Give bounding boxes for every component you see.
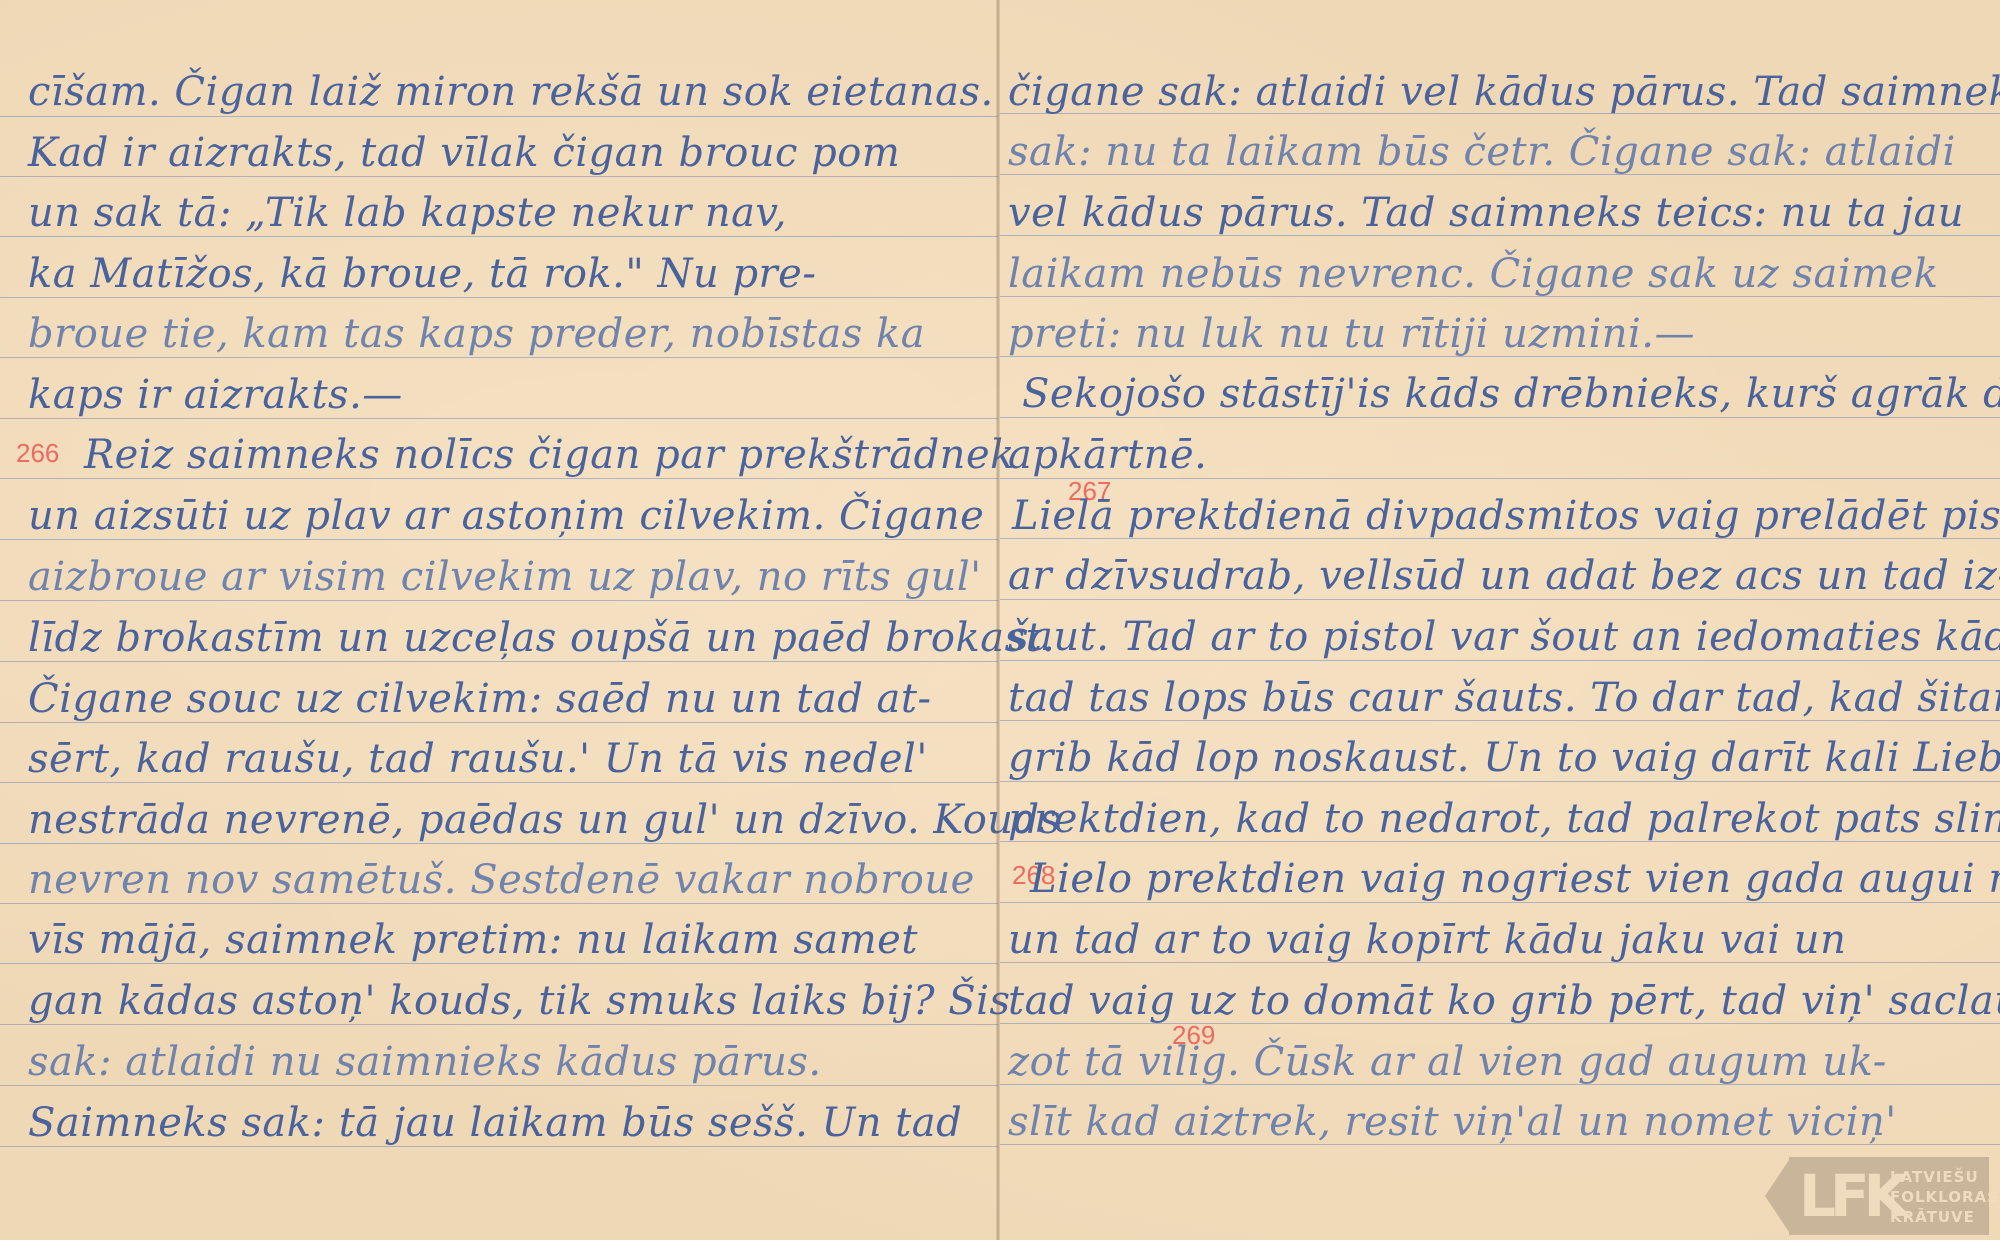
handwritten-line: Kad ir aizrakts, tad vīlak čigan brouc p… xyxy=(28,131,900,175)
handwritten-line: laikam nebūs nevrenc. Čigane sak uz saim… xyxy=(1008,252,1939,296)
ruling-line xyxy=(0,903,998,904)
notebook-spread: cīšam. Čigan laiž miron rekšā un sok eie… xyxy=(0,0,2000,1240)
handwritten-line: ar dzīvsudrab, vellsūd un adat bez acs u… xyxy=(1008,554,2000,598)
handwritten-line: tad tas lops būs caur šauts. To dar tad,… xyxy=(1008,676,2000,720)
ruling-line xyxy=(0,478,998,479)
handwritten-line: aizbroue ar visim cilvekim uz plav, no r… xyxy=(28,555,982,599)
handwritten-line: Saimneks sak: tā jau laikam būs sešš. Un… xyxy=(28,1101,962,1145)
handwritten-line: slīt kad aiztrek, resit viņ'al un nomet … xyxy=(1008,1100,1897,1144)
ruling-line xyxy=(0,722,998,723)
handwritten-line: sak: atlaidi nu saimnieks kādus pārus. xyxy=(28,1040,822,1084)
handwritten-line: un aizsūti uz plav ar astoņim cilvekim. … xyxy=(28,494,984,538)
logo-text-line: FOLKLORAS xyxy=(1890,1187,1999,1207)
handwritten-line: šaut. Tad ar to pistol var šout an iedom… xyxy=(1008,615,2000,659)
ruling-line xyxy=(1000,599,2000,600)
handwritten-line: Lielā prektdienā divpadsmitos vaig prelā… xyxy=(1012,494,2000,538)
ruling-line xyxy=(0,297,998,298)
ruling-line xyxy=(0,418,998,419)
chevron-left-logo-icon xyxy=(1765,1157,1791,1235)
ruling-line xyxy=(1000,902,2000,903)
handwritten-line: Lielo prektdien vaig nogriest vien gada … xyxy=(1030,857,2000,901)
ruling-line xyxy=(1000,660,2000,661)
ruling-line xyxy=(1000,781,2000,782)
ruling-line xyxy=(0,1146,998,1147)
handwritten-line: cīšam. Čigan laiž miron rekšā un sok eie… xyxy=(28,70,994,114)
handwritten-line: vīs mājā, saimnek pretim: nu laikam same… xyxy=(28,918,918,962)
ruling-line xyxy=(0,176,998,177)
ruling-line xyxy=(0,661,998,662)
logo-text: LATVIEŠU FOLKLORAS KRĀTUVE xyxy=(1890,1167,1999,1227)
handwritten-line: broue tie, kam tas kaps preder, nobīstas… xyxy=(28,312,925,356)
handwritten-line: vel kādus pārus. Tad saimneks teics: nu … xyxy=(1008,191,1964,235)
handwritten-line: kaps ir aizrakts.— xyxy=(28,373,403,417)
handwritten-line: Sekojošo stāstīj'is kāds drēbnieks, kurš… xyxy=(1022,372,2000,416)
ruling-line xyxy=(1000,478,2000,479)
logo-text-line: KRĀTUVE xyxy=(1890,1207,1999,1227)
ruling-line xyxy=(0,236,998,237)
handwritten-line: un sak tā: „Tik lab kapste nekur nav, xyxy=(28,191,787,235)
ruling-line xyxy=(0,782,998,783)
ruling-line xyxy=(0,1085,998,1086)
ruling-line xyxy=(0,1024,998,1025)
handwritten-line: un tad ar to vaig kopīrt kādu jaku vai u… xyxy=(1008,918,1846,962)
record-number: 266 xyxy=(16,440,59,466)
handwritten-line: līdz brokastīm un uzceļas oupšā un paēd … xyxy=(28,616,1055,660)
handwritten-line: sak: nu ta laikam būs četr. Čigane sak: … xyxy=(1008,130,1956,174)
handwritten-line: nestrāda nevrenē, paēdas un gul' un dzīv… xyxy=(28,798,1061,842)
handwritten-line: čigane sak: atlaidi vel kādus pārus. Tad… xyxy=(1008,70,2000,114)
handwritten-line: apkārtnē. xyxy=(1008,433,1207,477)
right-page: čigane sak: atlaidi vel kādus pārus. Tad… xyxy=(1000,0,2000,1240)
handwritten-line: preti: nu luk nu tu rītiji uzmini.— xyxy=(1008,312,1695,356)
handwritten-line: Čigane souc uz cilvekim: saēd nu un tad … xyxy=(28,677,931,721)
folklore-archive-watermark: LFK LATVIEŠU FOLKLORAS KRĀTUVE xyxy=(1765,1157,1997,1235)
logo-text-line: LATVIEŠU xyxy=(1890,1167,1999,1187)
handwritten-line: sērt, kad raušu, tad raušu.' Un tā vis n… xyxy=(28,737,928,781)
logo-mark: LFK xyxy=(1799,1163,1903,1229)
ruling-line xyxy=(1000,417,2000,418)
ruling-line xyxy=(0,357,998,358)
handwritten-line: grib kād lop noskaust. Un to vaig darīt … xyxy=(1008,736,2000,780)
handwritten-line: zot tā vilig. Čūsk ar al vien gad augum … xyxy=(1008,1040,1887,1084)
handwritten-line: gan kādas astoņ' kouds, tik smuks laiks … xyxy=(28,979,1010,1023)
ruling-line xyxy=(0,963,998,964)
handwritten-line: Reiz saimneks nolīcs čigan par prekštrād… xyxy=(84,433,1015,477)
handwritten-line: tad vaig uz to domāt ko grib pērt, tad v… xyxy=(1008,979,2000,1023)
handwritten-line: prektdien, kad to nedarot, tad palrekot … xyxy=(1008,797,2000,841)
handwritten-line: nevren nov samētuš. Sestdenē vakar nobro… xyxy=(28,858,975,902)
left-page: cīšam. Čigan laiž miron rekšā un sok eie… xyxy=(0,0,998,1240)
ruling-line xyxy=(0,843,998,844)
handwritten-line: ka Matīžos, kā broue, tā rok." Nu pre- xyxy=(28,252,816,296)
ruling-line xyxy=(0,116,998,117)
ruling-line xyxy=(0,539,998,540)
ruling-line xyxy=(0,600,998,601)
